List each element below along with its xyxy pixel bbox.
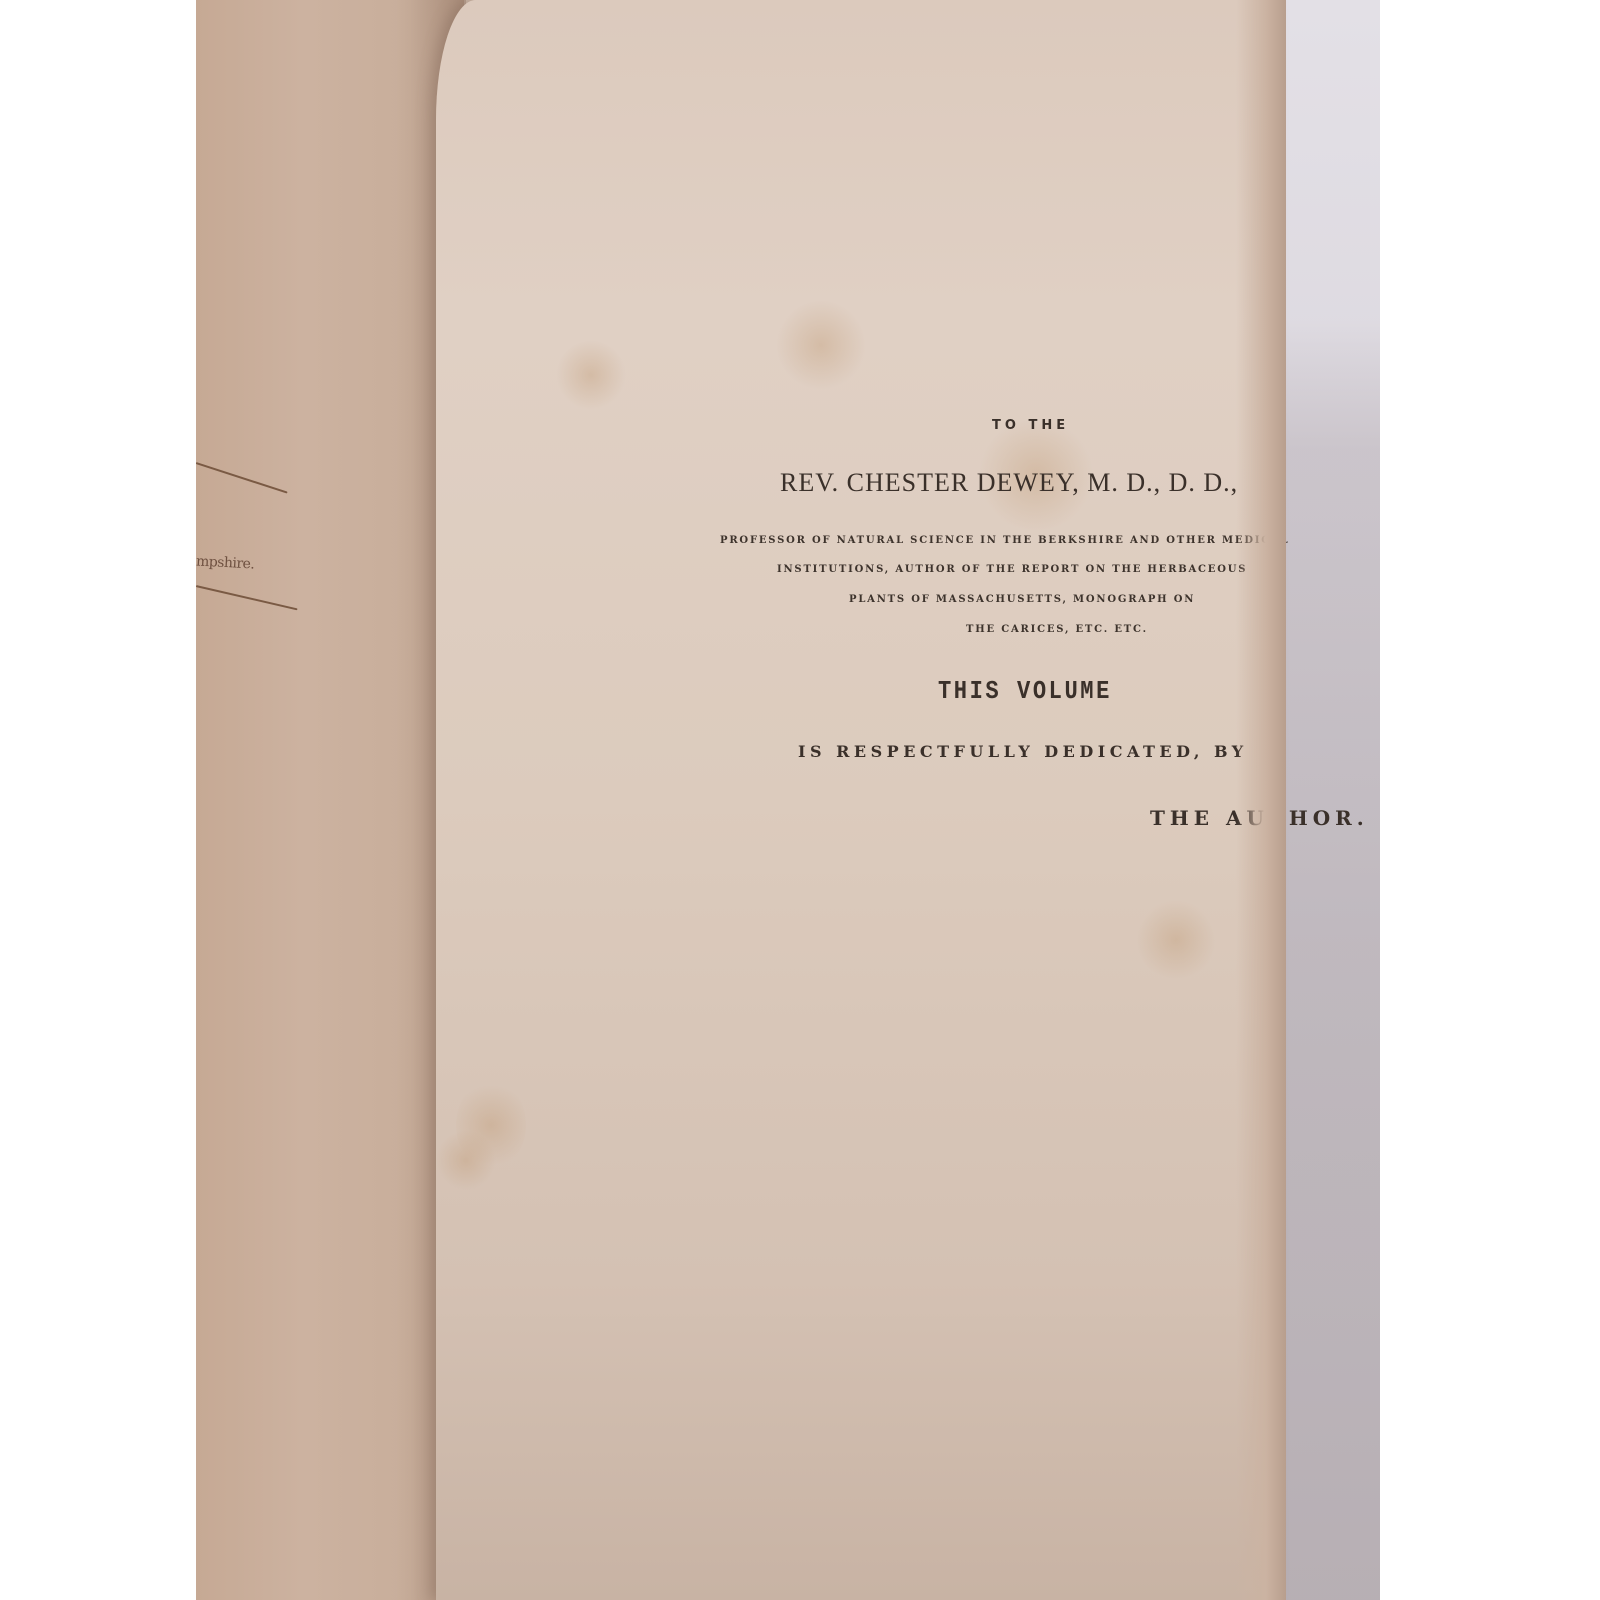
left-page-fragment: mpshire. (196, 553, 255, 572)
dedication-page: TO THE REV. CHESTER DEWEY, M. D., D. D.,… (436, 0, 1280, 1600)
credentials-line: THE CARICES, ETC. ETC. (966, 624, 1148, 635)
foxing-stain (1136, 900, 1216, 980)
credentials-line: INSTITUTIONS, AUTHOR OF THE REPORT ON TH… (777, 564, 1247, 575)
dedicatee-name: REV. CHESTER DEWEY, M. D., D. D., (780, 468, 1238, 498)
foxing-stain (556, 340, 626, 410)
foxing-stain (776, 300, 866, 390)
book-photo: mpshire. TO THE REV. CHESTER DEWEY, M. D… (196, 0, 1380, 1600)
dedicated-by-line: IS RESPECTFULLY DEDICATED, BY (798, 742, 1248, 761)
credentials-line: PLANTS OF MASSACHUSETTS, MONOGRAPH ON (849, 594, 1195, 605)
foxing-stain (436, 1130, 496, 1190)
dedication-to-the: TO THE (992, 418, 1069, 433)
page-edges (1236, 0, 1286, 1600)
credentials-line: PROFESSOR OF NATURAL SCIENCE IN THE BERK… (720, 535, 1289, 546)
left-page-rule-top (196, 462, 288, 494)
this-volume-heading: THIS VOLUME (938, 676, 1112, 706)
book-shadow (1286, 320, 1380, 1600)
left-page-rule-bottom (196, 585, 298, 610)
